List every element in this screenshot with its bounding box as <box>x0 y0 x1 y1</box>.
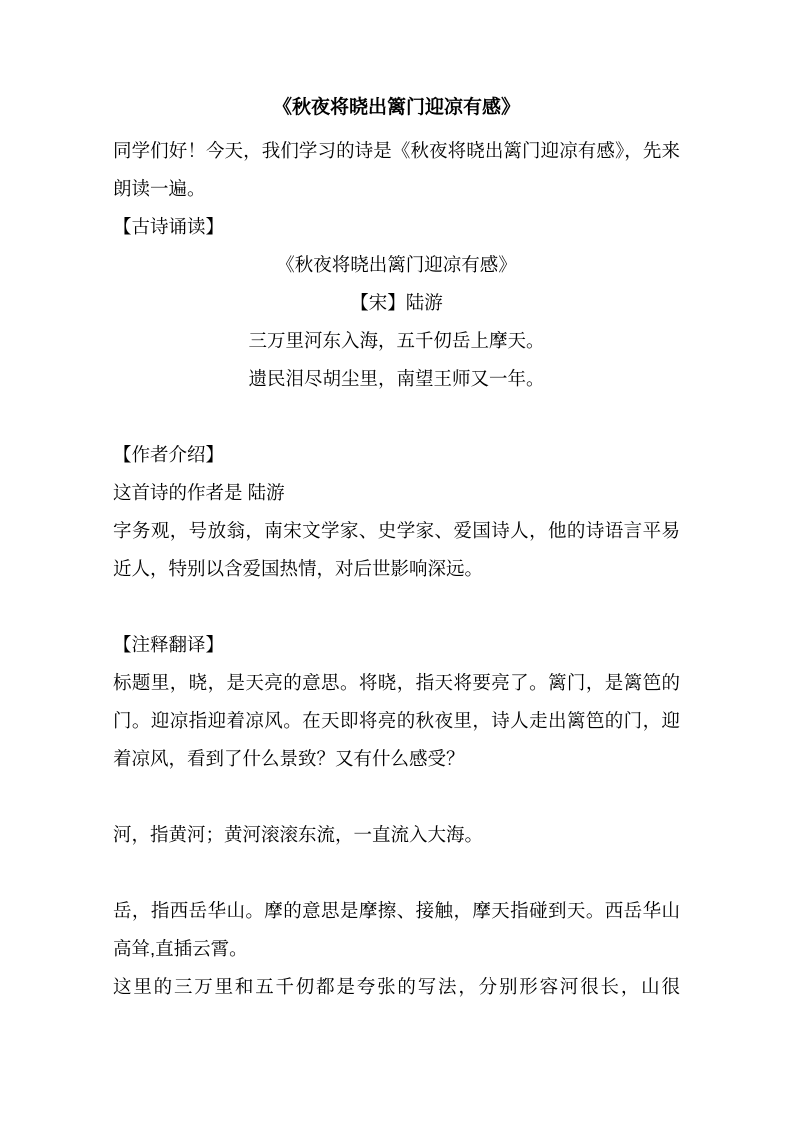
author-intro-paragraph: 这首诗的作者是 陆游 <box>113 474 680 512</box>
recitation-heading: 【古诗诵读】 <box>113 208 680 246</box>
annotation-paragraph: 标题里，晓，是天亮的意思。将晓，指天将要亮了。篱门，是篱笆的门。迎凉指迎着凉风。… <box>113 664 680 778</box>
blank-line <box>113 398 680 436</box>
blank-line <box>113 588 680 626</box>
poem-author: 【宋】陆游 <box>113 284 680 322</box>
annotation-paragraph: 岳，指西岳华山。摩的意思是摩擦、接触，摩天指碰到天。西岳华山高耸,直插云霄。 <box>113 892 680 968</box>
intro-paragraph: 同学们好！今天，我们学习的诗是《秋夜将晓出篱门迎凉有感》，先来朗读一遍。 <box>113 132 680 208</box>
annotation-heading: 【注释翻译】 <box>113 626 680 664</box>
blank-line <box>113 778 680 816</box>
document-title: 《秋夜将晓出篱门迎凉有感》 <box>113 88 680 128</box>
annotation-paragraph-continued: 这里的三万里和五千仞都是夸张的写法，分别形容河很长，山很 <box>113 968 680 1006</box>
poem-line: 遗民泪尽胡尘里，南望王师又一年。 <box>113 360 680 398</box>
poem-line: 三万里河东入海，五千仞岳上摩天。 <box>113 322 680 360</box>
blank-line <box>113 854 680 892</box>
poem-title: 《秋夜将晓出篱门迎凉有感》 <box>113 246 680 284</box>
author-intro-paragraph: 字务观，号放翁，南宋文学家、史学家、爱国诗人，他的诗语言平易近人，特别以含爱国热… <box>113 512 680 588</box>
annotation-paragraph: 河，指黄河；黄河滚滚东流，一直流入大海。 <box>113 816 680 854</box>
author-intro-heading: 【作者介绍】 <box>113 436 680 474</box>
document-page: 《秋夜将晓出篱门迎凉有感》 同学们好！今天，我们学习的诗是《秋夜将晓出篱门迎凉有… <box>0 0 793 1123</box>
